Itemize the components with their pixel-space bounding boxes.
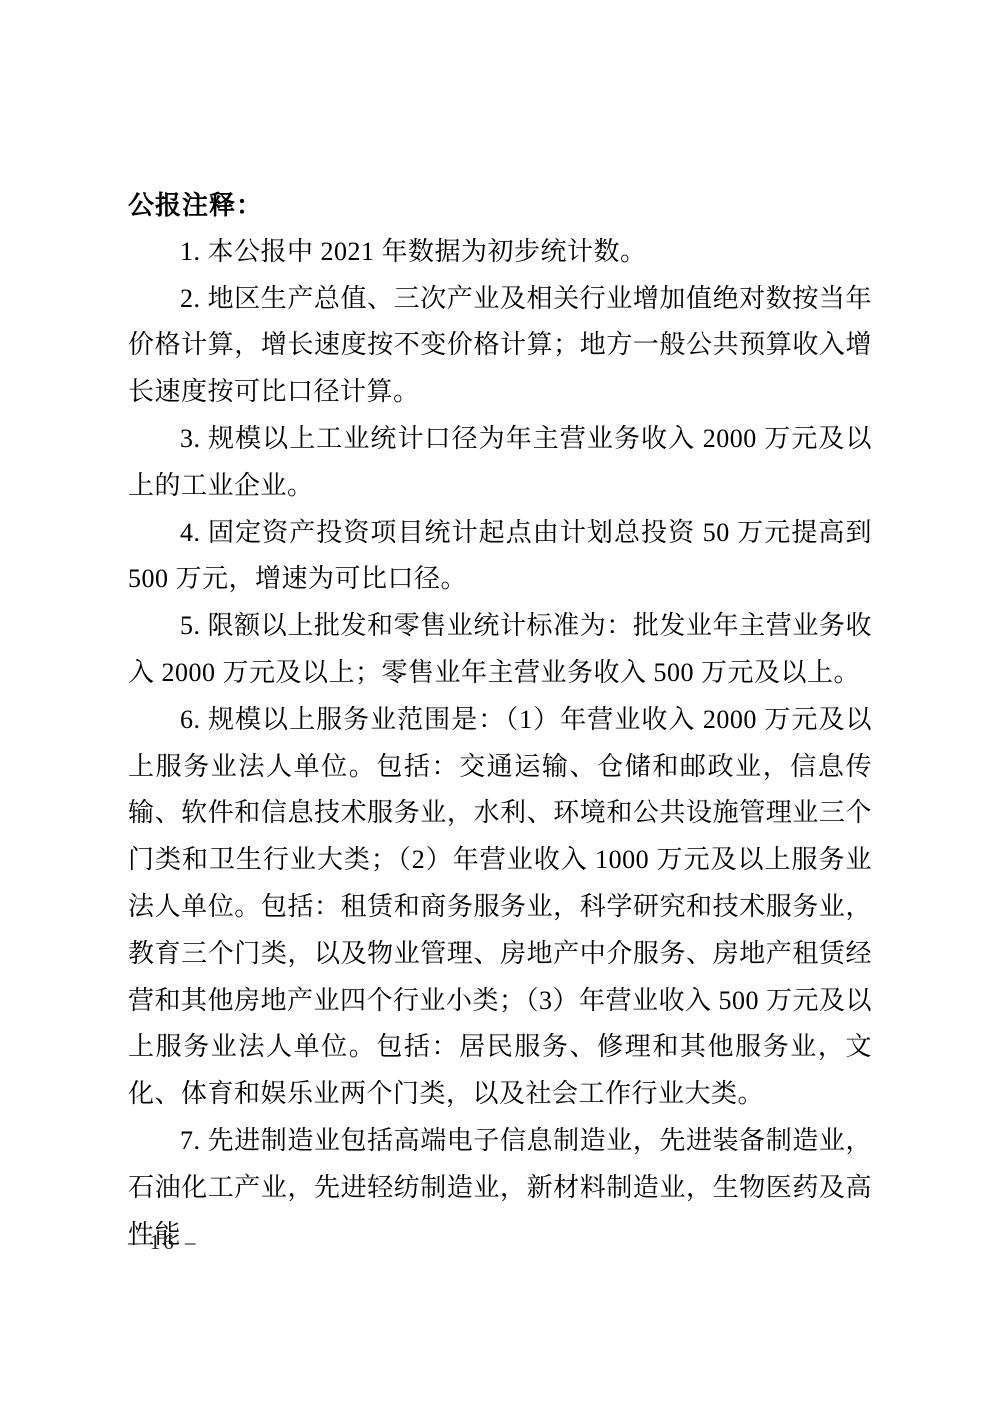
- page-number: – 16 –: [128, 1230, 199, 1255]
- note-paragraph-5: 5. 限额以上批发和零售业统计标准为：批发业年主营业务收入 2000 万元及以上…: [128, 603, 872, 697]
- note-paragraph-4: 4. 固定资产投资项目统计起点由计划总投资 50 万元提高到 500 万元，增速…: [128, 510, 872, 604]
- note-paragraph-1: 1. 本公报中 2021 年数据为初步统计数。: [128, 229, 872, 276]
- section-title: 公报注释：: [128, 182, 872, 229]
- document-page: 公报注释： 1. 本公报中 2021 年数据为初步统计数。 2. 地区生产总值、…: [0, 0, 992, 1403]
- note-paragraph-2: 2. 地区生产总值、三次产业及相关行业增加值绝对数按当年价格计算，增长速度按不变…: [128, 276, 872, 416]
- note-paragraph-3: 3. 规模以上工业统计口径为年主营业务收入 2000 万元及以上的工业企业。: [128, 416, 872, 510]
- note-paragraph-6: 6. 规模以上服务业范围是：（1）年营业收入 2000 万元及以上服务业法人单位…: [128, 697, 872, 1118]
- note-paragraph-7: 7. 先进制造业包括高端电子信息制造业，先进装备制造业，石油化工产业，先进轻纺制…: [128, 1118, 872, 1258]
